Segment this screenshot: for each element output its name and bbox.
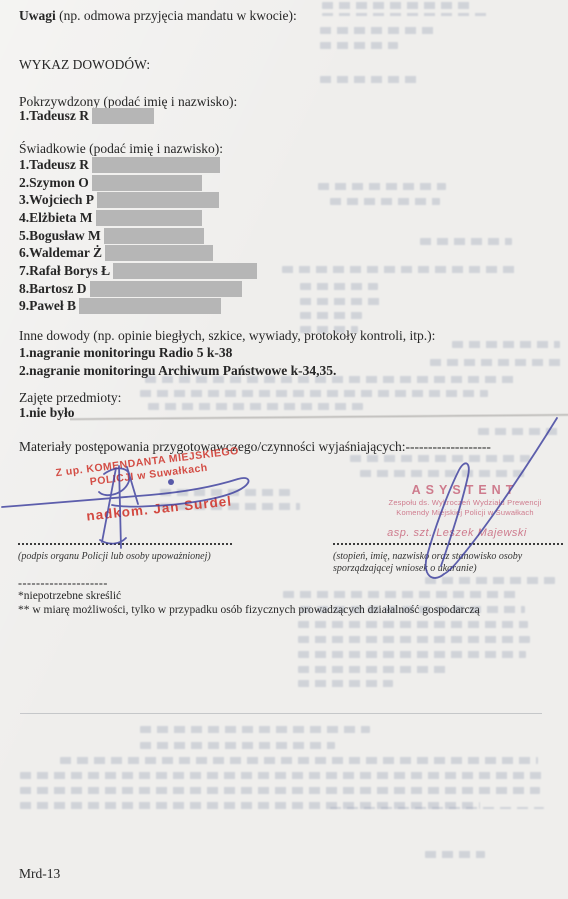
signature-dotted-line-left [18, 543, 232, 545]
bleedthrough-artifact [318, 183, 446, 190]
assistant-stamp: ASYSTENT Zespołu ds. Wykroczeń Wydziału … [372, 483, 558, 517]
person-name: 1.Tadeusz R [19, 157, 89, 173]
list-item: 2.nagranie monitoringu Archiwum Państwow… [19, 362, 336, 380]
bleedthrough-artifact [330, 198, 440, 205]
witnesses-section-label: Świadkowie (podać imię i nazwisko): [19, 141, 223, 157]
bleedthrough-artifact [20, 772, 544, 779]
person-name: 2.Szymon O [19, 175, 89, 191]
bleedthrough-artifact [20, 787, 540, 794]
list-item: 1.Tadeusz R [19, 107, 154, 125]
list-item: 3.Wojciech P [19, 191, 257, 209]
redaction-box [105, 245, 213, 261]
person-name: 6.Waldemar Ż [19, 245, 102, 261]
person-name: 8.Bartosz D [19, 281, 87, 297]
signature-caption-right: (stopień, imię, nazwisko oraz stanowisko… [333, 551, 568, 575]
bleedthrough-artifact [322, 2, 472, 9]
footnote-one: *niepotrzebne skreślić [18, 590, 121, 602]
seized-items-list: 1.nie było [19, 404, 75, 422]
assistant-stamp-line2: Zespołu ds. Wykroczeń Wydziału Prewencji [372, 498, 558, 507]
witnesses-list: 1.Tadeusz R 2.Szymon O 3.Wojciech P 4.El… [19, 156, 257, 315]
person-name: 1.Tadeusz R [19, 108, 89, 124]
list-item: 1.nie było [19, 404, 75, 422]
bleedthrough-artifact [478, 428, 560, 435]
bleedthrough-artifact [148, 403, 363, 410]
bleedthrough-artifact [452, 341, 560, 348]
footnote-two: ** w miarę możliwości, tylko w przypadku… [18, 604, 480, 616]
bleedthrough-artifact [140, 726, 370, 733]
list-item: 8.Bartosz D [19, 280, 257, 298]
redaction-box [92, 108, 154, 124]
bleedthrough-rule [20, 713, 542, 714]
bleedthrough-artifact [298, 636, 530, 643]
redaction-box [113, 263, 257, 279]
form-code: Mrd-13 [19, 866, 60, 882]
bleedthrough-artifact [420, 238, 512, 245]
bleedthrough-artifact [300, 312, 362, 319]
list-item: 7.Rafał Borys Ł [19, 262, 257, 280]
bleedthrough-artifact [322, 13, 492, 16]
bleedthrough-artifact [320, 76, 422, 83]
redaction-box [92, 175, 202, 191]
other-evidence-label: Inne dowody (np. opinie biegłych, szkice… [19, 328, 435, 344]
bleedthrough-artifact [140, 390, 488, 397]
bleedthrough-artifact [320, 42, 398, 49]
list-item: 4.Elżbieta M [19, 209, 257, 227]
bleedthrough-artifact [425, 577, 555, 584]
bleedthrough-artifact [300, 283, 378, 290]
other-evidence-list: 1.nagranie monitoringu Radio 5 k-38 2.na… [19, 344, 336, 379]
assistant-stamp-title: ASYSTENT [372, 483, 558, 497]
person-name: 5.Bogusław M [19, 228, 101, 244]
list-item: 5.Bogusław M [19, 227, 257, 245]
list-item: 9.Paweł B [19, 298, 257, 316]
person-name: 4.Elżbieta M [19, 210, 93, 226]
bleedthrough-artifact [300, 298, 380, 305]
person-name: 9.Paweł B [19, 298, 76, 314]
bleedthrough-artifact [140, 742, 335, 749]
redaction-box [90, 281, 242, 297]
bleedthrough-artifact [298, 621, 528, 628]
assistant-stamp-line3: Komendy Miejskiej Policji w Suwałkach [372, 508, 558, 517]
redaction-box [92, 157, 220, 173]
person-name: 7.Rafał Borys Ł [19, 263, 110, 279]
signature-dotted-line-right [333, 543, 563, 545]
person-name: 3.Wojciech P [19, 192, 94, 208]
bleedthrough-artifact [282, 266, 520, 273]
list-item: 1.nagranie monitoringu Radio 5 k-38 [19, 344, 336, 362]
bleedthrough-artifact [320, 27, 438, 34]
redaction-box [79, 298, 221, 314]
redaction-box [104, 228, 204, 244]
bleedthrough-artifact [298, 651, 526, 658]
victim-list: 1.Tadeusz R [19, 107, 154, 125]
bleedthrough-artifact [283, 591, 519, 598]
assistant-stamp-name: asp. szt. Leszek Majewski [372, 527, 542, 539]
bleedthrough-artifact [360, 470, 530, 477]
list-item: 2.Szymon O [19, 174, 257, 192]
uwagi-label: Uwagi [19, 8, 56, 23]
bleedthrough-artifact [298, 666, 448, 673]
bleedthrough-artifact [298, 680, 393, 687]
bleedthrough-artifact [425, 851, 485, 858]
signature-caption-left: (podpis organu Policji lub osoby upoważn… [18, 551, 258, 563]
list-item: 6.Waldemar Ż [19, 244, 257, 262]
uwagi-line: Uwagi (np. odmowa przyjęcia mandatu w kw… [19, 8, 297, 24]
bleedthrough-artifact [330, 807, 544, 809]
scanned-police-form-page: Uwagi (np. odmowa przyjęcia mandatu w kw… [0, 0, 568, 899]
bleedthrough-artifact [350, 455, 530, 462]
bleedthrough-artifact [60, 757, 538, 764]
materials-dashes: ------------------- [405, 439, 490, 454]
bleedthrough-artifact [430, 359, 562, 366]
redaction-box [97, 192, 219, 208]
redaction-box [96, 210, 202, 226]
evidence-list-title: WYKAZ DOWODÓW: [19, 57, 150, 73]
list-item: 1.Tadeusz R [19, 156, 257, 174]
footnote-separator: -------------------- [18, 576, 108, 591]
uwagi-hint: (np. odmowa przyjęcia mandatu w kwocie): [56, 8, 297, 23]
